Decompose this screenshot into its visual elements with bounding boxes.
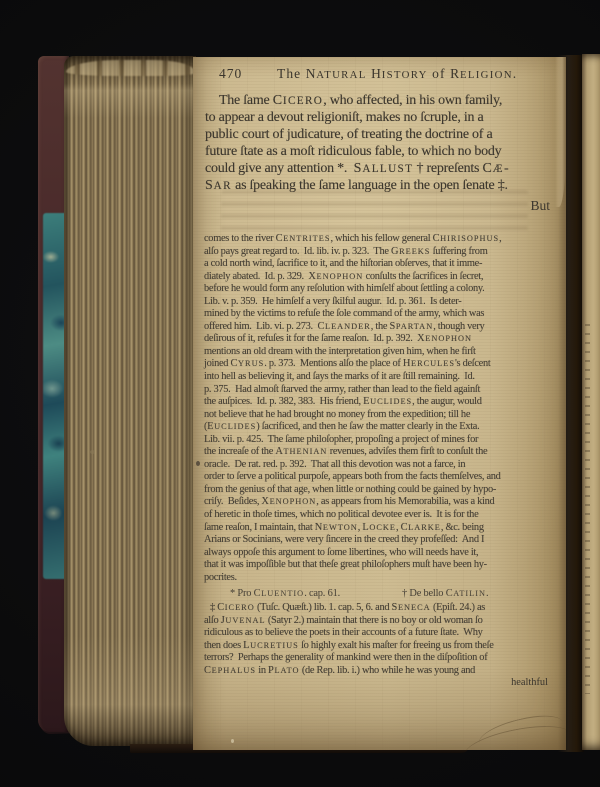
footnote-line: always oppoſe this argument to ſome libe…	[204, 547, 559, 560]
page-header: 470 The NATURAL HISTORY of RELIGION.	[219, 66, 552, 82]
page-top-edges	[66, 60, 194, 76]
page-fore-edges	[64, 56, 196, 746]
footnote-line: from the genius of that age, when little…	[204, 484, 559, 497]
footnote-line: that it was impoſſible but that theſe gr…	[204, 559, 559, 572]
footnote-line: Arians or Socinians, were very ſincere i…	[204, 534, 559, 547]
body-line: The ſame CICERO, who affected, in his ow…	[205, 93, 556, 110]
footnote-line: joined CYRUS. p. 373. Mentions alſo the …	[204, 358, 559, 371]
footnote-line: pocrites.	[204, 572, 559, 585]
footnote-line: p. 375. Had almoſt ſtarved the army, rat…	[204, 384, 559, 397]
paper-speck	[90, 450, 95, 454]
footnote-line: terrors? Perhaps the generality of manki…	[204, 652, 559, 665]
footnote-line: comes to the river CENTRITES, which his …	[204, 233, 559, 246]
footnote-line: into hell as believing it, and ſays the …	[204, 371, 559, 384]
footnote-line: ‡ CICERO (Tuſc. Quæſt.) lib. 1. cap. 5, …	[204, 602, 559, 615]
running-title: The NATURAL HISTORY of RELIGION.	[242, 66, 552, 82]
body-line: to appear a devout religioniſt, makes no…	[205, 110, 556, 127]
footnote-line: mentions an old dream with the interpret…	[204, 346, 559, 359]
footnote-line: then does LUCRETIUS ſo highly exalt his …	[204, 640, 559, 653]
footnote-line: a cold north wind, ſacrifice to it, and …	[204, 258, 559, 271]
body-line: could give any attention *. SALLUST † re…	[205, 161, 556, 178]
footnote-ref-catiline: † De bello CATILIN.	[402, 588, 488, 599]
footnote-line: the auſpices. Id. p. 382, 383. His frien…	[204, 396, 559, 409]
footnote-line: ſame reaſon, I maintain, that NEWTON, LO…	[204, 522, 559, 535]
footnote-line: of heretic in thoſe times, which no poli…	[204, 509, 559, 522]
book-photo: 470 The NATURAL HISTORY of RELIGION. The…	[0, 0, 600, 787]
footnote-references: * Pro CLUENTIO. cap. 61.† De bello CATIL…	[204, 588, 559, 599]
footnote-line: CEPHALUS in PLATO (de Rep. lib. i.) who …	[204, 665, 559, 678]
facing-page-edge	[582, 54, 600, 750]
footnote-line: ridiculous as to believe the poets in th…	[204, 627, 559, 640]
footnote-ref-cluentio: * Pro CLUENTIO. cap. 61.	[230, 588, 340, 599]
catchword-healthful: healthful	[511, 677, 548, 688]
footnote-line: mined by the victims to refuſe the ſole …	[204, 308, 559, 321]
catchword-but: But	[530, 198, 550, 214]
footnote-line: alſo pays great regard to. Id. lib. iv. …	[204, 246, 559, 259]
footnote-line: the increaſe of the ATHENIAN revenues, a…	[204, 446, 559, 459]
footnote-line: alſo JUVENAL (Satyr 2.) maintain that th…	[204, 615, 559, 628]
facing-page-text-edge	[585, 324, 590, 694]
footnote-line: offered him. Lib. vi. p. 273. CLEANDER, …	[204, 321, 559, 334]
page-number: 470	[219, 66, 242, 82]
body-line: public court of judicature, of treating …	[205, 127, 556, 144]
footnote-line: (EUCLIDES) ſacrificed, and then he ſaw t…	[204, 421, 559, 434]
body-line: future ſtate as a moſt ridiculous fable,…	[205, 144, 556, 161]
gutter-shadow	[558, 55, 584, 752]
footnote-block: comes to the river CENTRITES, which his …	[204, 233, 559, 584]
ink-speck	[196, 461, 200, 466]
footnote-line: before he would form any reſolution with…	[204, 283, 559, 296]
body-paragraph: The ſame CICERO, who affected, in his ow…	[205, 93, 556, 194]
dust-speck	[231, 739, 234, 743]
book-page: 470 The NATURAL HISTORY of RELIGION. The…	[193, 57, 566, 750]
footnote-line: diately abated. Id. p. 329. XENOPHON con…	[204, 271, 559, 284]
footnote-continued: ‡ CICERO (Tuſc. Quæſt.) lib. 1. cap. 5, …	[204, 602, 559, 677]
footnote-line: order to ſerve a political purpoſe, appe…	[204, 471, 559, 484]
footnote-line: deſirous of it, refuſes it for the ſame …	[204, 333, 559, 346]
footnote-line: Lib. vii. p. 425. The ſame philoſopher, …	[204, 434, 559, 447]
footnote-line: oracle. De rat. red. p. 392. That all th…	[204, 459, 559, 472]
footnote-line: Lib. v. p. 359. He himſelf a very ſkilfu…	[204, 296, 559, 309]
show-through-text	[221, 190, 529, 235]
footnote-line: not believe that he had brought no money…	[204, 409, 559, 422]
footnote-line: criſy. Beſides, XENOPHON, as appears fro…	[204, 496, 559, 509]
